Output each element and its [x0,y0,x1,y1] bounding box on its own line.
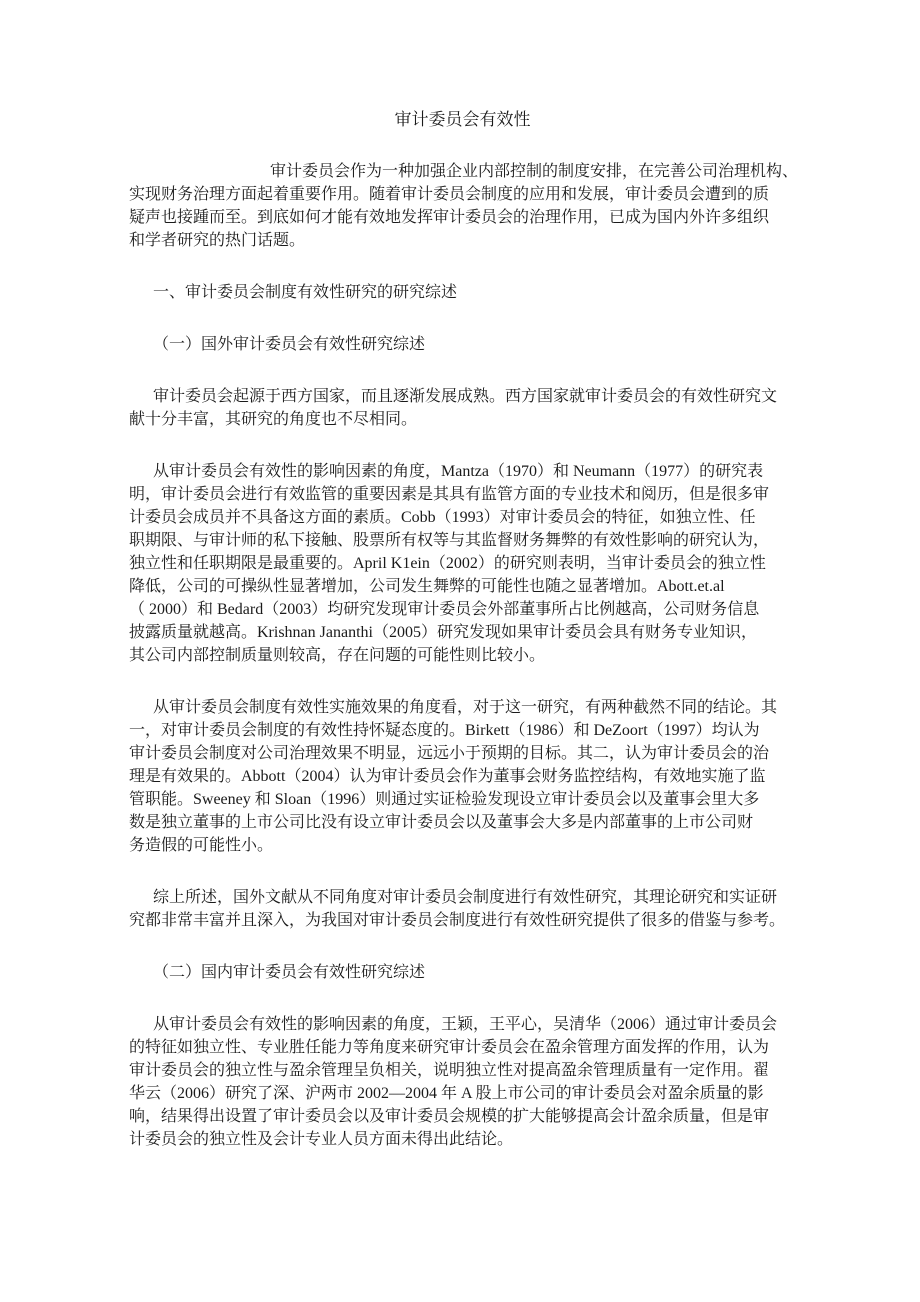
text-line: 疑声也接踵而至。到底如何才能有效地发挥审计委员会的治理作用，已成为国内外许多组织 [129,206,796,229]
text-line: 华云（2006）研究了深、沪两市 2002—2004 年 A 股上市公司的审计委… [129,1082,796,1105]
text-line: 独立性和任职期限是最重要的。April K1ein（2002）的研究则表明，当审… [129,552,796,575]
text-line: 和学者研究的热门话题。 [129,229,796,252]
paragraph-effects: 从审计委员会制度有效性实施效果的角度看，对于这一研究，有两种截然不同的结论。其 … [129,696,796,857]
intro-paragraph: 审计委员会作为一种加强企业内部控制的制度安排，在完善公司治理机构、 实现财务治理… [129,160,796,252]
paragraph-summary: 综上所述，国外文献从不同角度对审计委员会制度进行有效性研究，其理论研究和实证研 … [129,886,796,932]
text-line: 计委员会的独立性及会计专业人员方面未得出此结论。 [129,1128,796,1151]
text-line: 的特征如独立性、专业胜任能力等角度来研究审计委员会在盈余管理方面发挥的作用，认为 [129,1036,796,1059]
text-line: 披露质量就越高。Krishnan Jananthi（2005）研究发现如果审计委… [129,621,796,644]
text-line: 审计委员会起源于西方国家，而且逐渐发展成熟。西方国家就审计委员会的有效性研究文 [129,385,796,408]
paragraph-factors: 从审计委员会有效性的影响因素的角度，Mantza（1970）和 Neumann（… [129,460,796,667]
text-line: 职期限、与审计师的私下接触、股票所有权等与其监督财务舞弊的有效性影响的研究认为， [129,529,796,552]
paragraph-origin: 审计委员会起源于西方国家，而且逐渐发展成熟。西方国家就审计委员会的有效性研究文 … [129,385,796,431]
text-line: 理是有效果的。Abbott（2004）认为审计委员会作为董事会财务监控结构，有效… [129,765,796,788]
subsection-heading-domestic: （二）国内审计委员会有效性研究综述 [129,961,796,984]
text-line: 从审计委员会有效性的影响因素的角度，Mantza（1970）和 Neumann（… [129,460,796,483]
text-line: 明，审计委员会进行有效监管的重要因素是其具有监管方面的专业技术和阅历，但是很多审 [129,483,796,506]
text-line: 响，结果得出设置了审计委员会以及审计委员会规模的扩大能够提高会计盈余质量，但是审 [129,1105,796,1128]
text-line: 审计委员会的独立性与盈余管理呈负相关，说明独立性对提高盈余管理质量有一定作用。翟 [129,1059,796,1082]
text-line: 从审计委员会有效性的影响因素的角度，王颖，王平心，吴清华（2006）通过审计委员… [129,1013,796,1036]
text-line: 献十分丰富，其研究的角度也不尽相同。 [129,408,796,431]
subsection-heading-foreign: （一）国外审计委员会有效性研究综述 [129,333,796,356]
text-line: 管职能。Sweeney 和 Sloan（1996）则通过实证检验发现设立审计委员… [129,788,796,811]
text-line: 实现财务治理方面起着重要作用。随着审计委员会制度的应用和发展，审计委员会遭到的质 [129,183,796,206]
text-line: 综上所述，国外文献从不同角度对审计委员会制度进行有效性研究，其理论研究和实证研 [129,886,796,909]
text-line: 降低，公司的可操纵性显著增加，公司发生舞弊的可能性也随之显著增加。Abott.e… [129,575,796,598]
text-line: 计委员会成员并不具备这方面的素质。Cobb（1993）对审计委员会的特征，如独立… [129,506,796,529]
document-page: 审计委员会有效性 审计委员会作为一种加强企业内部控制的制度安排，在完善公司治理机… [0,0,920,1302]
text-line: 从审计委员会制度有效性实施效果的角度看，对于这一研究，有两种截然不同的结论。其 [129,696,796,719]
text-line: （ 2000）和 Bedard（2003）均研究发现审计委员会外部董事所占比例越… [129,598,796,621]
text-line: 其公司内部控制质量则较高，存在问题的可能性则比较小。 [129,644,796,667]
paragraph-domestic: 从审计委员会有效性的影响因素的角度，王颖，王平心，吴清华（2006）通过审计委员… [129,1013,796,1151]
text-line: 审计委员会作为一种加强企业内部控制的制度安排，在完善公司治理机构、 [129,160,796,183]
text-line: 审计委员会制度对公司治理效果不明显，远远小于预期的目标。其二，认为审计委员会的治 [129,742,796,765]
text-line: 究都非常丰富并且深入，为我国对审计委员会制度进行有效性研究提供了很多的借鉴与参考… [129,909,796,932]
document-title: 审计委员会有效性 [129,108,796,131]
text-line: 务造假的可能性小。 [129,834,796,857]
text-line: 数是独立董事的上市公司比没有设立审计委员会以及董事会大多是内部董事的上市公司财 [129,811,796,834]
section-heading-1: 一、审计委员会制度有效性研究的研究综述 [129,281,796,304]
text-line: 一，对审计委员会制度的有效性持怀疑态度的。Birkett（1986）和 DeZo… [129,719,796,742]
